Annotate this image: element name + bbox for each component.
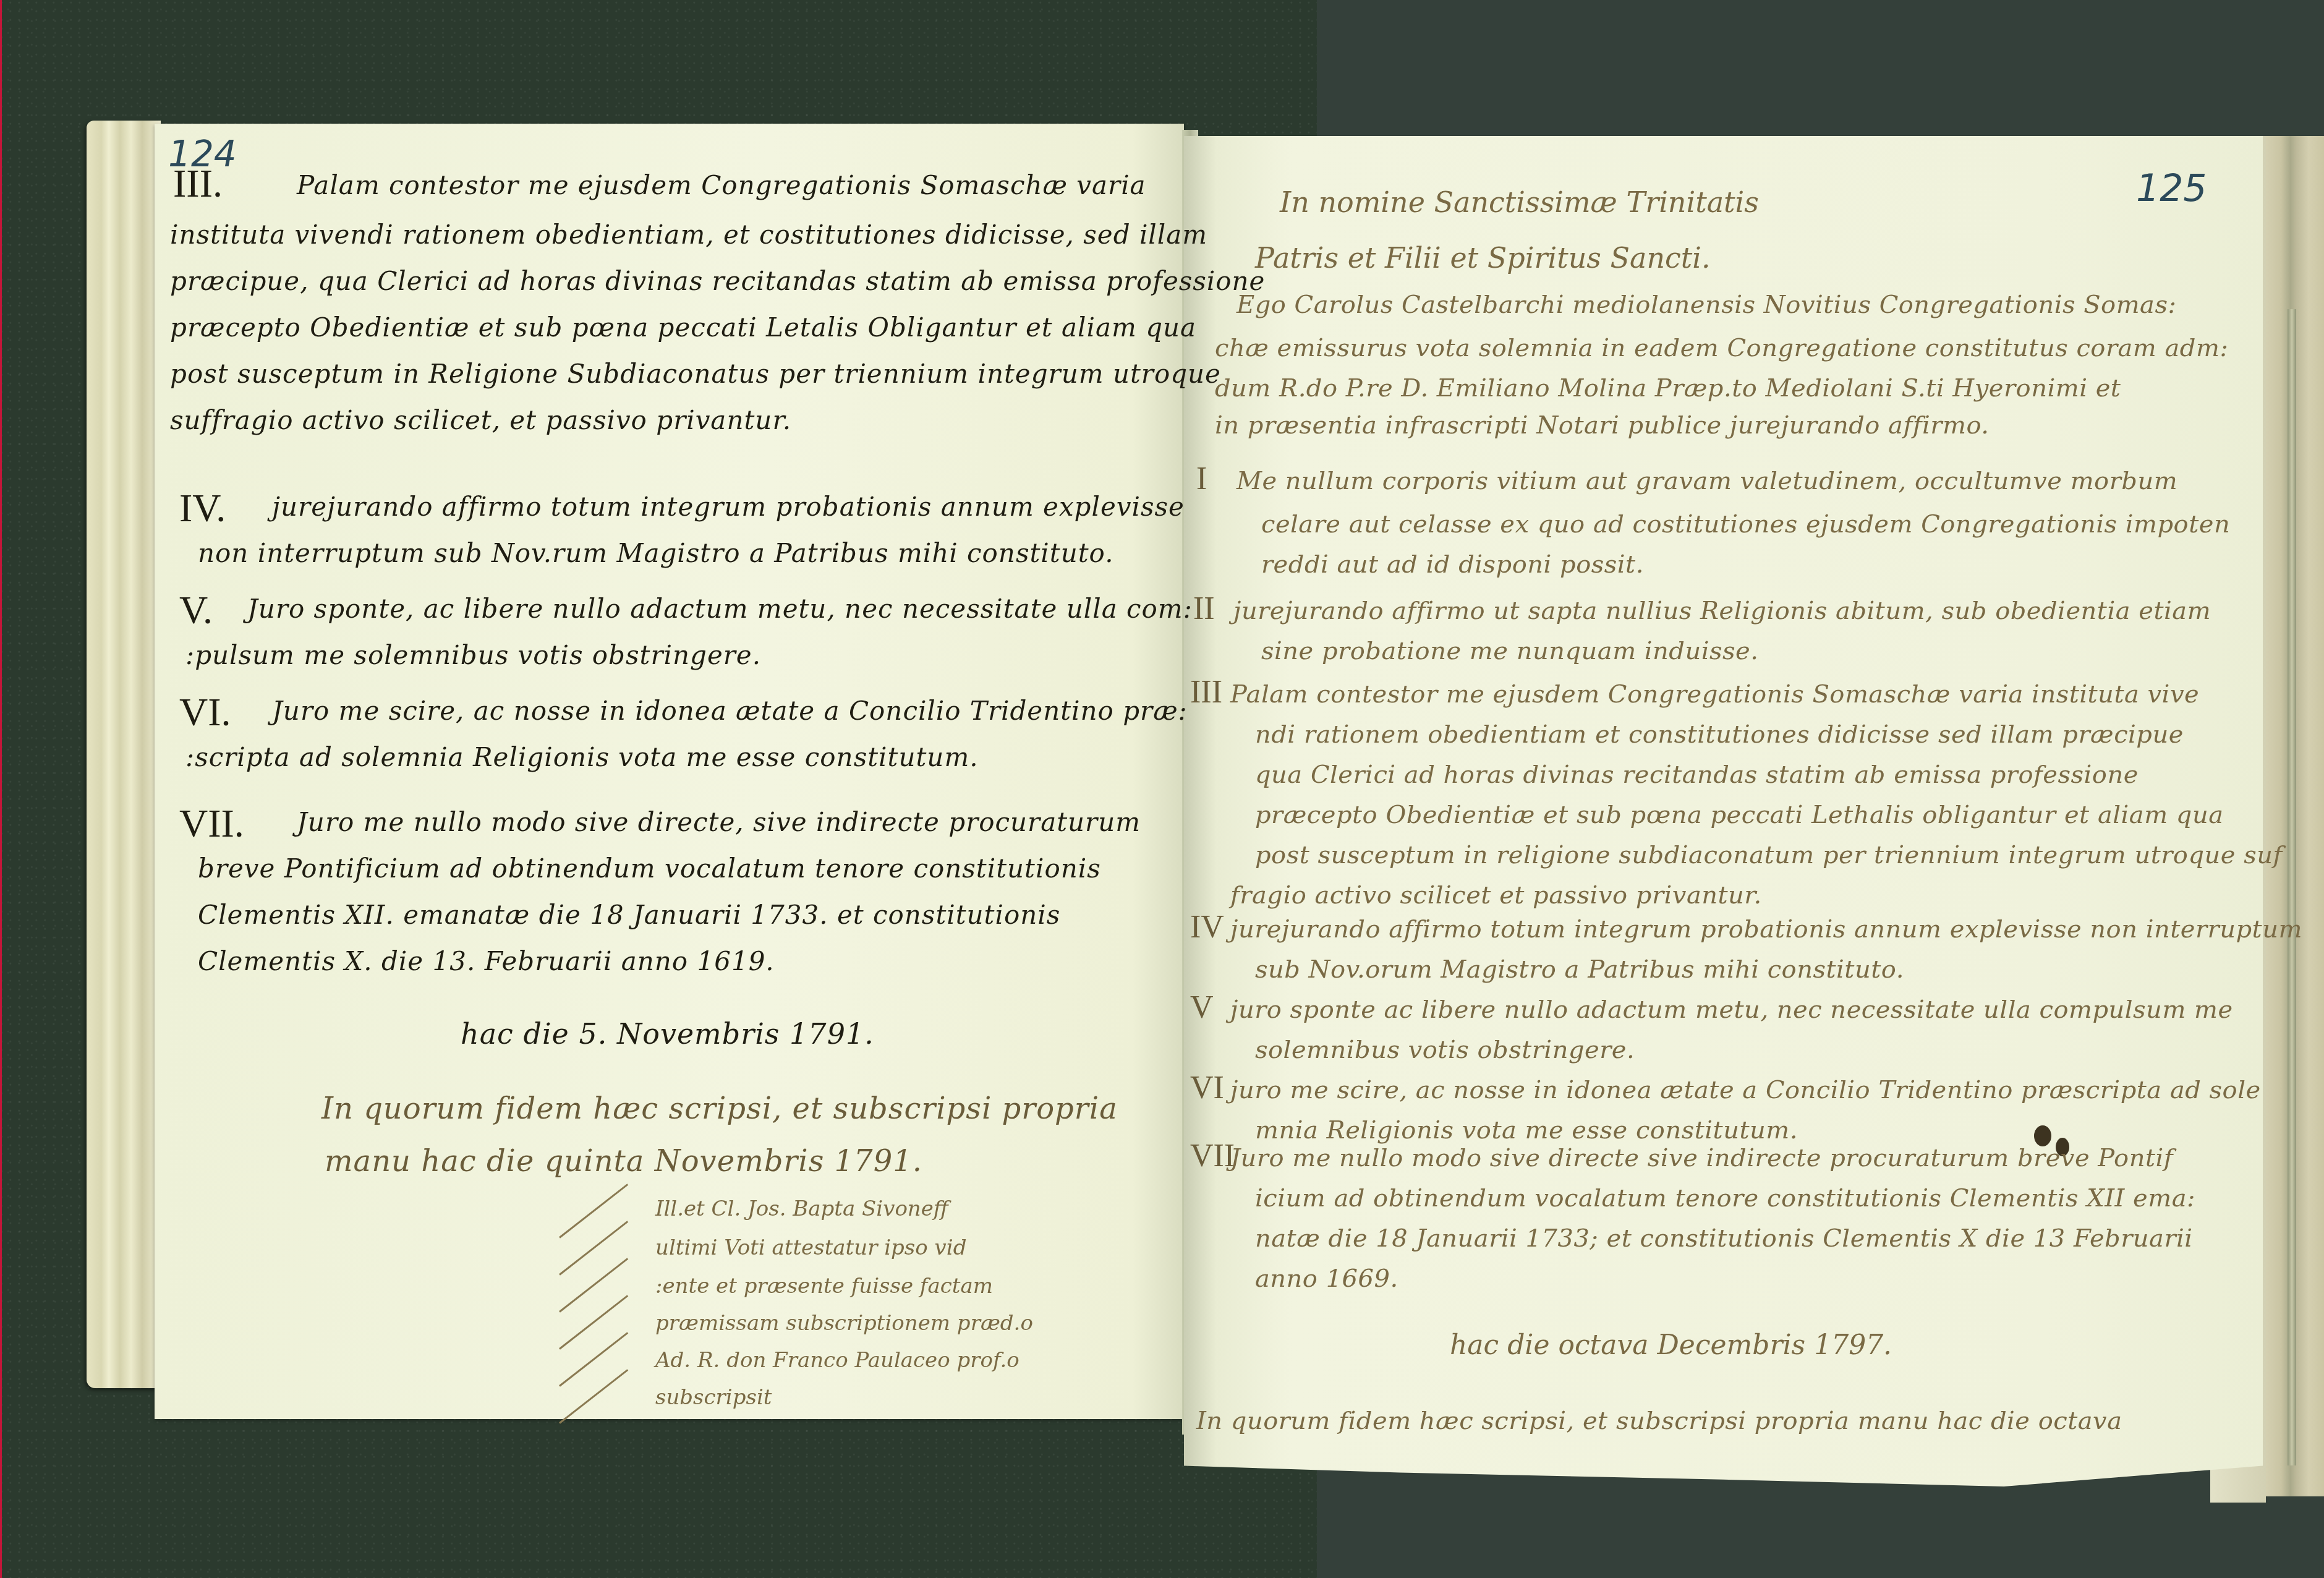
text-line: :scripta ad solemnia Religionis vota me … bbox=[185, 742, 979, 772]
attestation-line: Ad. R. don Franco Paulaceo prof.o bbox=[655, 1348, 1019, 1373]
section-numeral: VI bbox=[1190, 1070, 1224, 1106]
closing-line: manu hac die quinta Novembris 1791. bbox=[325, 1144, 922, 1179]
text-line: præcepto Obedientiæ et sub pœna peccati … bbox=[1255, 801, 2224, 829]
text-line: sub Nov.orum Magistro a Patribus mihi co… bbox=[1255, 955, 1904, 984]
ink-blot bbox=[2034, 1125, 2051, 1146]
text-line: instituta vivendi rationem obedientiam, … bbox=[170, 220, 1207, 250]
text-line: fragio activo scilicet et passivo privan… bbox=[1230, 881, 1762, 910]
text-line: post susceptum in religione subdiaconatu… bbox=[1255, 841, 2283, 869]
section-numeral: IV bbox=[1190, 909, 1224, 945]
text-line: solemnibus votis obstringere. bbox=[1255, 1036, 1635, 1064]
text-line: Juro me nullo modo sive directe, sive in… bbox=[297, 807, 1141, 837]
intro-line: chæ emissurus vota solemnia in eadem Con… bbox=[1215, 334, 2228, 362]
text-line: anno 1669. bbox=[1255, 1265, 1398, 1293]
text-line: suffragio activo scilicet, et passivo pr… bbox=[170, 405, 791, 435]
section-numeral: V. bbox=[179, 587, 213, 633]
text-line: jurejurando affirmo totum integrum proba… bbox=[272, 492, 1185, 522]
intro-line: dum R.do P.re D. Emiliano Molina Præp.to… bbox=[1215, 374, 2121, 403]
text-line: Juro me nullo modo sive directe sive ind… bbox=[1230, 1144, 2173, 1172]
binding-seam bbox=[2288, 309, 2296, 1465]
date-line: hac die octava Decembris 1797. bbox=[1450, 1329, 1892, 1361]
text-line: natæ die 18 Januarii 1733; et constituti… bbox=[1255, 1224, 2193, 1253]
intro-line: in præsentia infrascripti Notari publice… bbox=[1215, 411, 1989, 440]
text-line: jurejurando affirmo ut sapta nullius Rel… bbox=[1233, 597, 2211, 625]
text-line: icium ad obtinendum vocalatum tenore con… bbox=[1255, 1184, 2195, 1213]
text-line: post susceptum in Religione Subdiaconatu… bbox=[170, 359, 1221, 389]
text-line: Juro me scire, ac nosse in idonea ætate … bbox=[272, 696, 1188, 726]
section-numeral: III. bbox=[173, 161, 223, 207]
invocation-heading: Patris et Filii et Spiritus Sancti. bbox=[1255, 241, 1711, 275]
section-numeral: I bbox=[1196, 461, 1207, 497]
attestation-line: ultimi Voti attestatur ipso vid bbox=[655, 1235, 966, 1260]
date-line: hac die 5. Novembris 1791. bbox=[461, 1017, 874, 1051]
text-line: jurejurando affirmo totum integrum proba… bbox=[1230, 915, 2302, 944]
attestation-line: subscripsit bbox=[655, 1385, 772, 1410]
text-line: præcepto Obedientiæ et sub pœna peccati … bbox=[170, 312, 1196, 343]
closing-line: In quorum fidem hæc scripsi, et subscrip… bbox=[321, 1091, 1118, 1126]
section-numeral: V bbox=[1190, 989, 1214, 1026]
folio-number-right: 125 bbox=[2136, 167, 2207, 210]
text-line: juro me scire, ac nosse in idonea ætate … bbox=[1230, 1076, 2261, 1104]
text-line: :pulsum me solemnibus votis obstringere. bbox=[185, 640, 761, 670]
closing-line: In quorum fidem hæc scripsi, et subscrip… bbox=[1196, 1407, 2122, 1435]
text-line: mnia Religionis vota me esse constitutum… bbox=[1255, 1116, 1798, 1145]
intro-line: Ego Carolus Castelbarchi mediolanensis N… bbox=[1236, 291, 2176, 319]
text-line: juro sponte ac libere nullo adactum metu… bbox=[1230, 996, 2233, 1024]
text-line: Clementis X. die 13. Februarii anno 1619… bbox=[198, 946, 775, 976]
text-line: qua Clerici ad horas divinas recitandas … bbox=[1255, 761, 2139, 789]
section-numeral: IV. bbox=[179, 485, 226, 531]
section-numeral: VII bbox=[1190, 1138, 1235, 1174]
section-numeral: VI. bbox=[179, 689, 231, 735]
invocation-heading: In nomine Sanctissimæ Trinitatis bbox=[1280, 186, 1759, 219]
attestation-line: :ente et præsente fuisse factam bbox=[655, 1274, 993, 1299]
attestation-line: præmissam subscriptionem præd.o bbox=[655, 1311, 1033, 1336]
text-line: præcipue, qua Clerici ad horas divinas r… bbox=[170, 266, 1265, 296]
text-line: Palam contestor me ejusdem Congregationi… bbox=[297, 170, 1146, 200]
section-numeral: III bbox=[1190, 674, 1222, 710]
text-line: Me nullum corporis vitium aut gravam val… bbox=[1236, 467, 2177, 495]
text-line: breve Pontificium ad obtinendum vocalatu… bbox=[198, 853, 1101, 884]
section-numeral: II bbox=[1193, 591, 1215, 627]
text-line: Clementis XII. emanatæ die 18 Januarii 1… bbox=[198, 900, 1060, 930]
open-book: 124 III. Palam contestor me ejusdem Cong… bbox=[0, 0, 2324, 1578]
page-stack-edge bbox=[87, 121, 161, 1388]
attestation-line: Ill.et Cl. Jos. Bapta Sivoneff bbox=[655, 1196, 948, 1221]
text-line: non interruptum sub Nov.rum Magistro a P… bbox=[198, 538, 1113, 568]
text-line: reddi aut ad id disponi possit. bbox=[1261, 550, 1644, 579]
text-line: sine probatione me nunquam induisse. bbox=[1261, 637, 1758, 665]
text-line: celare aut celasse ex quo ad costitution… bbox=[1261, 510, 2230, 539]
text-line: Palam contestor me ejusdem Congregationi… bbox=[1230, 680, 2199, 709]
text-line: Juro sponte, ac libere nullo adactum met… bbox=[247, 594, 1193, 624]
section-numeral: VII. bbox=[179, 801, 244, 847]
text-line: ndi rationem obedientiam et constitution… bbox=[1255, 720, 2184, 749]
